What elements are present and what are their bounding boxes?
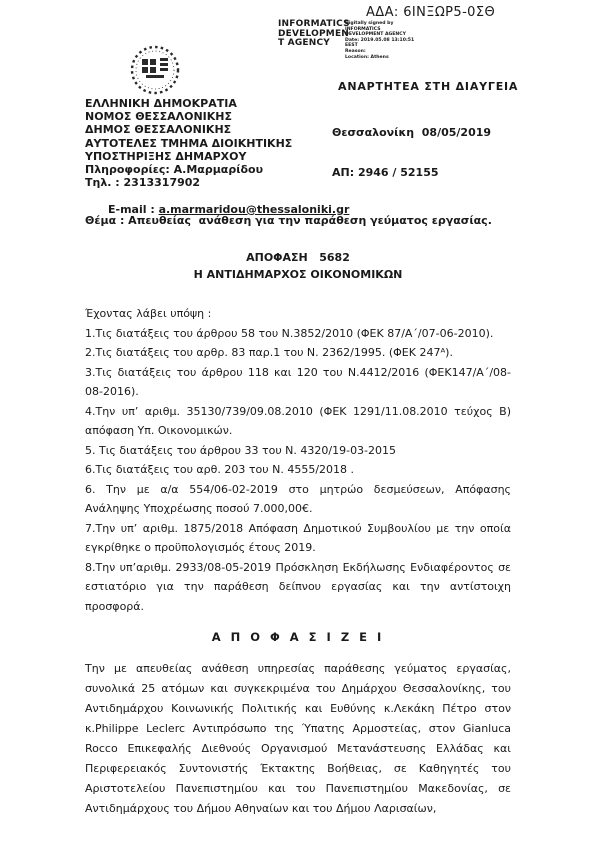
legal-consideration-item: 3.Τις διατάξεις του άρθρου 118 και 120 τ… (85, 363, 511, 402)
agency-name-line: T AGENCY (278, 39, 340, 49)
place-date-line: Θεσσαλονίκη 08/05/2019 (332, 126, 491, 139)
municipal-seal-icon (129, 44, 181, 96)
sender-line: Τηλ. : 2313317902 (85, 176, 349, 189)
decision-issuer-title: Η ΑΝΤΙΔΗΜΑΡΧΟΣ ΟΙΚΟΝΟΜΙΚΩΝ (85, 266, 511, 283)
decision-content: ΑΠΟΦΑΣΗ 5682 Η ΑΝΤΙΔΗΜΑΡΧΟΣ ΟΙΚΟΝΟΜΙΚΩΝ … (85, 249, 511, 819)
sender-line: Πληροφορίες: Α.Μαρμαρίδου (85, 163, 349, 176)
sender-line: ΕΛΛΗΝΙΚΗ ΔΗΜΟΚΡΑΤΙΑ (85, 97, 349, 110)
document-page: ΑΔΑ: 6ΙΝΞΩΡ5-0ΣΘ INFORMATICSDEVELOPMENT … (0, 0, 595, 842)
protocol-number-line: ΑΠ: 2946 / 52155 (332, 166, 491, 179)
legal-considerations-list: 1.Τις διατάξεις του άρθρου 58 του Ν.3852… (85, 324, 511, 617)
ada-code: ΑΔΑ: 6ΙΝΞΩΡ5-0ΣΘ (366, 5, 495, 20)
digital-signature-stamp: INFORMATICSDEVELOPMENT AGENCY Digitally … (278, 20, 423, 60)
legal-consideration-item: 7.Την υπ’ αριθμ. 1875/2018 Απόφαση Δημοτ… (85, 519, 511, 558)
legal-consideration-item: 4.Την υπ’ αριθμ. 35130/739/09.08.2010 (Φ… (85, 402, 511, 441)
legal-consideration-item: 6. Την με α/α 554/06-02-2019 στο μητρώο … (85, 480, 511, 519)
legal-consideration-item: 2.Τις διατάξεις του αρθρ. 83 παρ.1 του Ν… (85, 343, 511, 363)
preamble-text: Έχοντας λάβει υπόψη : (85, 304, 511, 324)
sender-line: ΑΥΤΟΤΕΛΕΣ ΤΜΗΜΑ ΔΙΟΙΚΗΤΙΚΗΣ (85, 137, 349, 150)
agency-name: INFORMATICSDEVELOPMENT AGENCY (278, 20, 340, 60)
reference-block: Θεσσαλονίκη 08/05/2019 ΑΠ: 2946 / 52155 (332, 99, 491, 206)
decides-heading: Α Π Ο Φ Α Σ Ι Ζ Ε Ι (85, 630, 511, 644)
signature-details: Digitally signed byINFORMATICSDEVELOPMEN… (345, 20, 423, 60)
sender-line: ΝΟΜΟΣ ΘΕΣΣΑΛΟΝΙΚΗΣ (85, 110, 349, 123)
diavgeia-posting-notice: ΑΝΑΡΤΗΤΕΑ ΣΤΗ ΔΙΑΥΓΕΙΑ (338, 80, 518, 93)
decision-body-paragraph: Την με απευθείας ανάθεση υπηρεσίας παράθ… (85, 659, 511, 819)
decision-number-title: ΑΠΟΦΑΣΗ 5682 (85, 249, 511, 266)
subject-line: Θέμα : Απευθείας ανάθεση για την παράθεσ… (85, 214, 492, 227)
legal-consideration-item: 8.Την υπ’αριθμ. 2933/08-05-2019 Πρόσκλησ… (85, 558, 511, 617)
legal-consideration-item: 6.Τις διατάξεις του αρθ. 203 του Ν. 4555… (85, 460, 511, 480)
signature-detail-line: Location: Athens (345, 55, 423, 61)
sender-line: ΔΗΜΟΣ ΘΕΣΣΑΛΟΝΙΚΗΣ (85, 123, 349, 136)
legal-consideration-item: 1.Τις διατάξεις του άρθρου 58 του Ν.3852… (85, 324, 511, 344)
sender-line: ΥΠΟΣΤΗΡΙΞΗΣ ΔΗΜΑΡΧΟΥ (85, 150, 349, 163)
sender-block: ΕΛΛΗΝΙΚΗ ΔΗΜΟΚΡΑΤΙΑΝΟΜΟΣ ΘΕΣΣΑΛΟΝΙΚΗΣΔΗΜ… (85, 97, 349, 229)
legal-consideration-item: 5. Τις διατάξεις του άρθρου 33 του Ν. 43… (85, 441, 511, 461)
sender-lines: ΕΛΛΗΝΙΚΗ ΔΗΜΟΚΡΑΤΙΑΝΟΜΟΣ ΘΕΣΣΑΛΟΝΙΚΗΣΔΗΜ… (85, 97, 349, 189)
